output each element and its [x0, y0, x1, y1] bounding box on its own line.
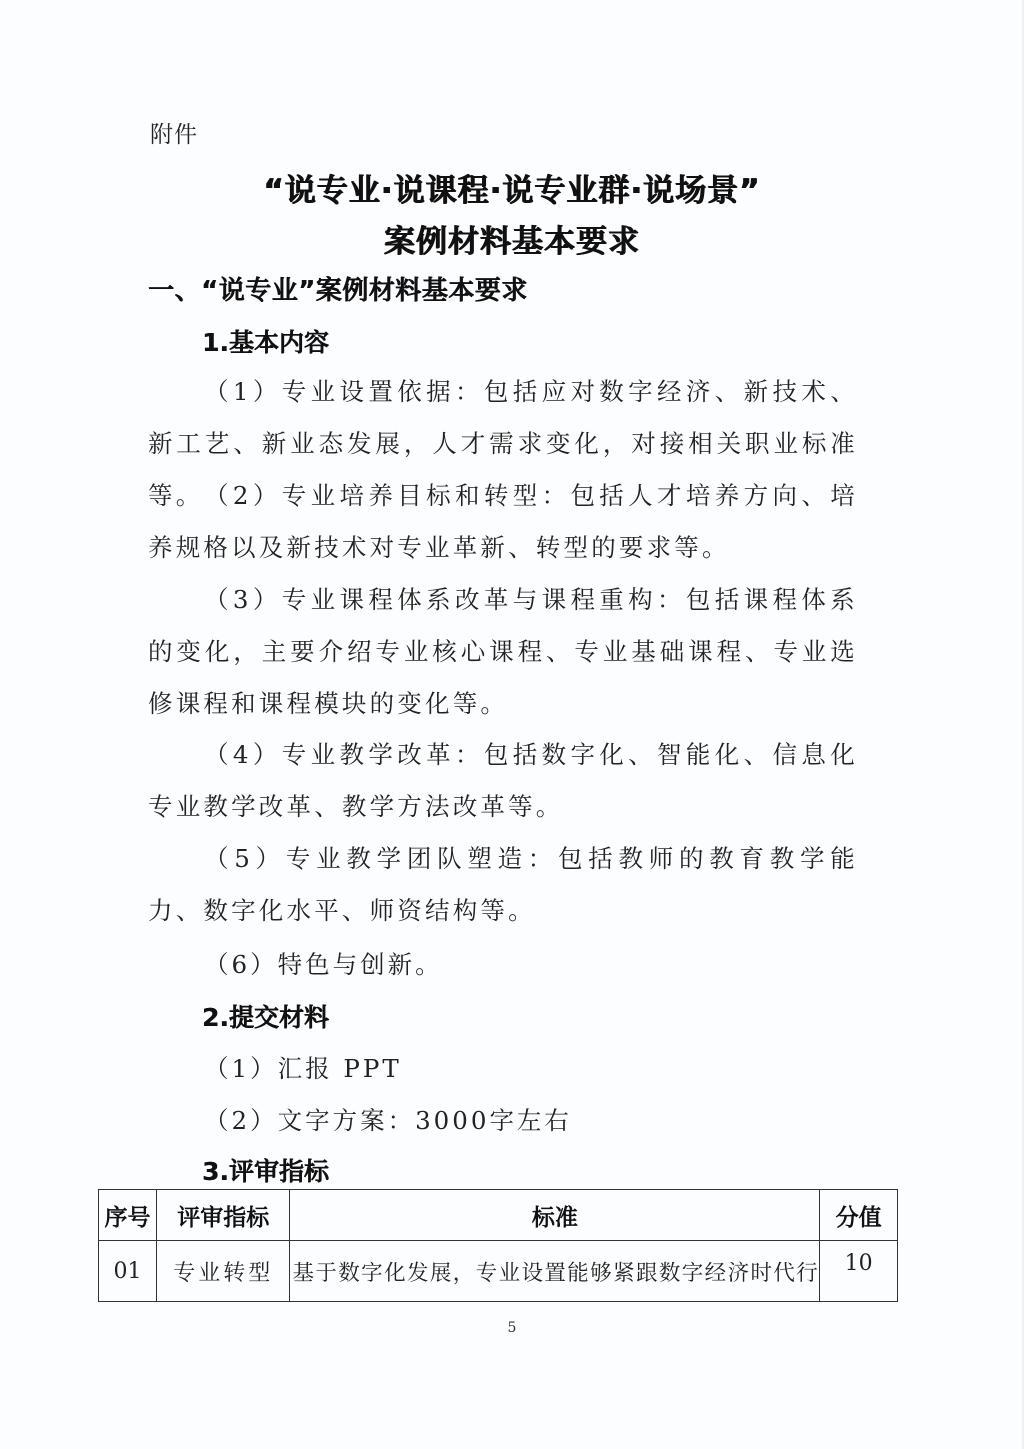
subsection-heading-criteria: 3.评审指标	[202, 1152, 329, 1188]
material-item-2: （2）文字方案：3000字左右	[204, 1102, 572, 1137]
document-page: 附件 “说专业·说课程·说专业群·说场景” 案例材料基本要求 一、“说专业”案例…	[0, 0, 1024, 1449]
criteria-table: 序号 评审指标 标准 分值 01 专业转型 基于数字化发展，专业设置能够紧跟数字…	[98, 1189, 898, 1302]
content-item-6: （6）特色与创新。	[204, 946, 443, 981]
cell-score: 10	[820, 1241, 898, 1302]
document-title-line2: 案例材料基本要求	[0, 216, 1024, 261]
subsection-heading-basic-content: 1.基本内容	[202, 323, 329, 359]
cell-standard: 基于数字化发展，专业设置能够紧跟数字经济时代行	[290, 1241, 820, 1302]
cell-no: 01	[99, 1241, 157, 1302]
content-item-2: （2）专业培养目标和转型：包括人才培养方向、培养规格以及新技术对专业革新、转型的…	[148, 470, 858, 574]
table-header-row: 序号 评审指标 标准 分值	[99, 1190, 898, 1241]
document-title-line1: “说专业·说课程·说专业群·说场景”	[0, 165, 1024, 210]
content-item-4: （4）专业教学改革：包括数字化、智能化、信息化专业教学改革、教学方法改革等。	[148, 729, 858, 833]
table-row: 01 专业转型 基于数字化发展，专业设置能够紧跟数字经济时代行 10	[99, 1241, 898, 1302]
header-score: 分值	[820, 1190, 898, 1241]
header-standard: 标准	[290, 1190, 820, 1241]
section-heading: 一、“说专业”案例材料基本要求	[148, 270, 528, 307]
attachment-label: 附件	[150, 116, 198, 149]
header-indicator: 评审指标	[156, 1190, 290, 1241]
page-number: 5	[0, 1320, 1024, 1336]
content-item-3: （3）专业课程体系改革与课程重构：包括课程体系的变化，主要介绍专业核心课程、专业…	[148, 574, 858, 730]
header-no: 序号	[99, 1190, 157, 1241]
cell-indicator: 专业转型	[156, 1241, 290, 1302]
material-item-1: （1）汇报 PPT	[204, 1050, 402, 1085]
subsection-heading-materials: 2.提交材料	[202, 998, 329, 1034]
content-item-5: （5）专业教学团队塑造：包括教师的教育教学能力、数字化水平、师资结构等。	[148, 833, 858, 937]
